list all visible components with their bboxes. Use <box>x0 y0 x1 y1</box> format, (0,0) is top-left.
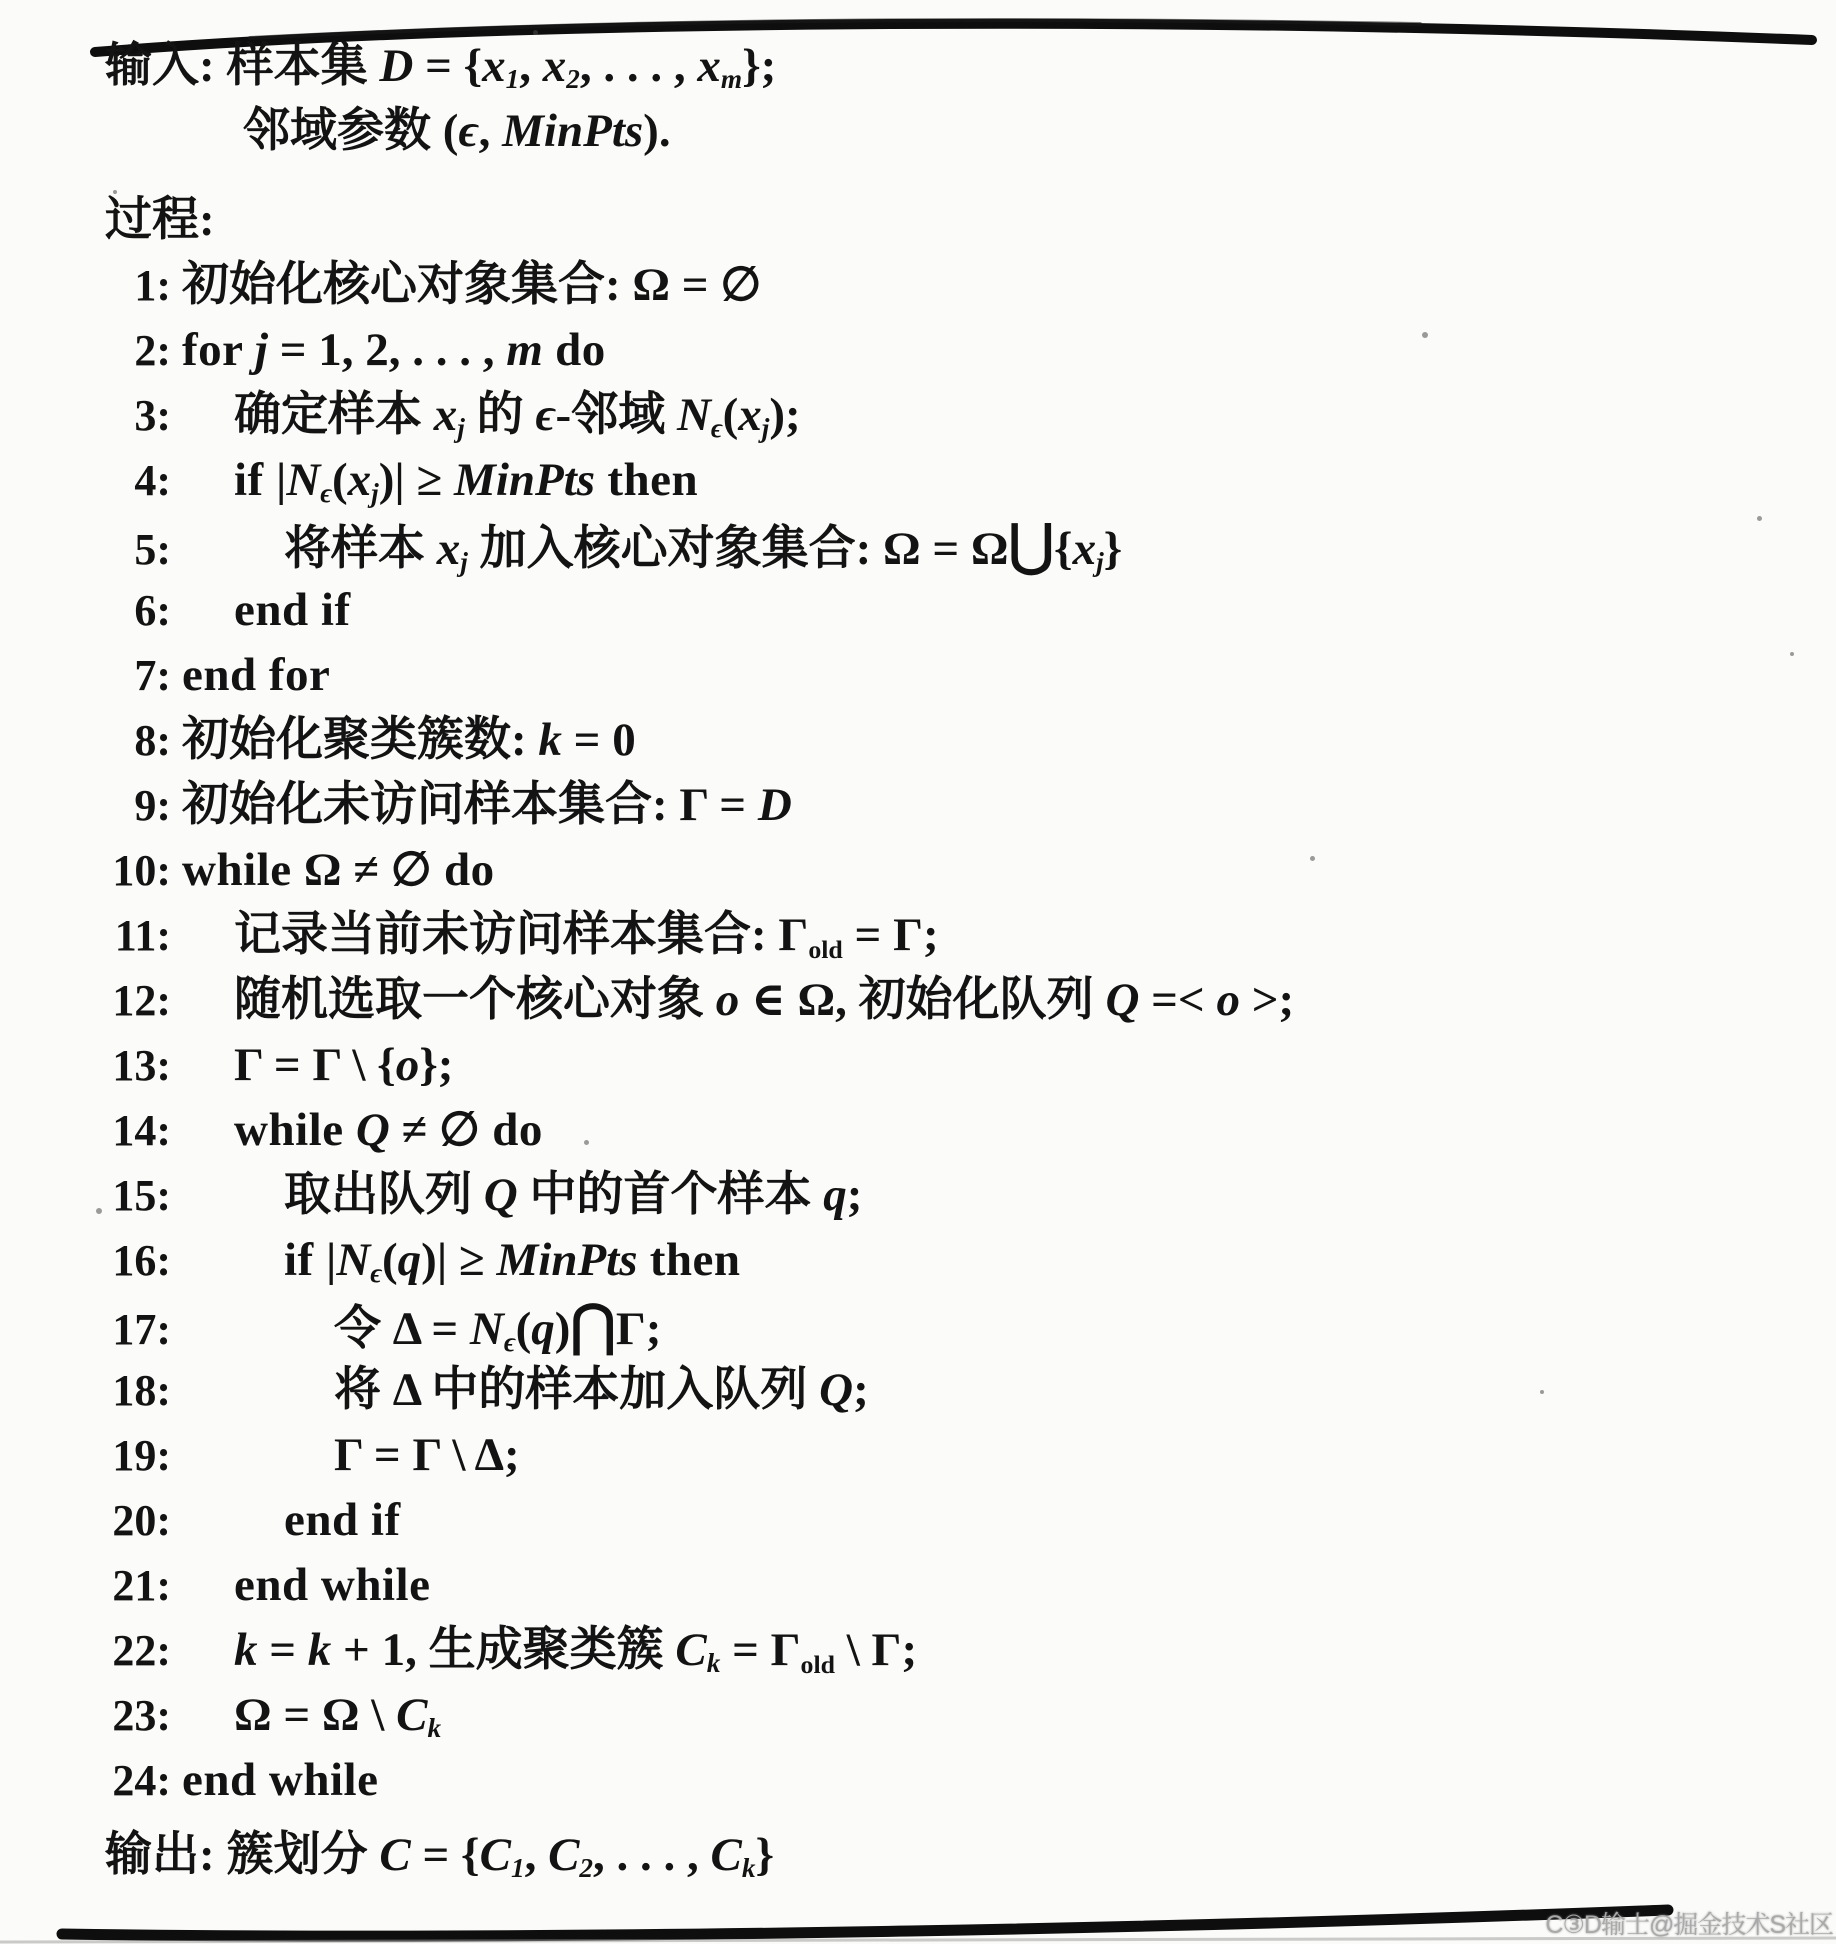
scan-speck <box>96 1208 102 1214</box>
text-segment: o <box>396 1039 420 1091</box>
algo-line: 15:取出队列 Q 中的首个样本 q; <box>105 1163 1826 1228</box>
algo-line: 13:Γ = Γ \ {o}; <box>105 1033 1826 1098</box>
line-content: for j = 1, 2, . . . , m do <box>182 318 606 383</box>
text-segment: ϵ <box>711 413 723 443</box>
text-segment: C <box>548 1829 579 1881</box>
algo-line: 输入:样本集 D = {x1, x2, . . . , xm}; <box>105 34 1826 99</box>
text-segment: then <box>638 1234 741 1286</box>
line-number: 15: <box>105 1163 171 1228</box>
text-segment: m <box>721 64 742 94</box>
line-number: 5: <box>105 517 171 582</box>
text-segment: = 0 <box>562 714 636 766</box>
algo-line: 邻域参数 (ϵ, MinPts). <box>105 99 1826 164</box>
text-segment: 初始化未访问样本集合: Γ = <box>182 779 758 831</box>
text-segment: -邻域 <box>556 389 677 441</box>
text-segment: N <box>470 1303 504 1355</box>
text-segment: 初始化聚类簇数: <box>182 714 538 766</box>
line-content: end while <box>182 1748 378 1813</box>
line-number: 8: <box>105 708 171 773</box>
line-number: 16: <box>105 1228 171 1293</box>
text-segment: 将样本 <box>284 523 437 575</box>
text-segment: do <box>480 1104 543 1156</box>
text-segment: D <box>379 40 413 92</box>
algo-line: 14:while Q ≠ ∅ do <box>105 1098 1826 1163</box>
scan-speck <box>533 30 538 35</box>
line-number: 6: <box>105 578 171 643</box>
text-segment: | <box>276 454 286 506</box>
text-segment: ( <box>332 454 348 506</box>
text-segment: 令 Δ = <box>334 1303 470 1355</box>
algo-line: 12:随机选取一个核心对象 o ∈ Ω, 初始化队列 Q =< o >; <box>105 968 1826 1033</box>
watermark: C③D输士@掘金技术S社区 <box>1545 1905 1833 1941</box>
algo-line: 过程: <box>105 188 1826 253</box>
line-content: 随机选取一个核心对象 o ∈ Ω, 初始化队列 Q =< o >; <box>182 968 1294 1033</box>
text-segment: 加入核心对象集合: Ω = Ω <box>468 523 1009 575</box>
line-number: 23: <box>105 1683 171 1748</box>
line-number: 21: <box>105 1553 171 1618</box>
algo-line: 3:确定样本 xj 的 ϵ-邻域 Nϵ(xj); <box>105 383 1826 448</box>
text-segment: = { <box>411 1829 480 1881</box>
text-segment: , . . . , <box>580 40 698 92</box>
text-segment: C <box>379 1829 410 1881</box>
text-segment: j <box>371 478 379 508</box>
text-segment: = Γ <box>720 1624 800 1676</box>
text-segment: }; <box>742 40 776 92</box>
line-number: 10: <box>105 838 171 903</box>
algo-line: 5:将样本 xj 加入核心对象集合: Ω = Ω⋃{xj} <box>105 513 1826 578</box>
algo-line: 18:将 Δ 中的样本加入队列 Q; <box>105 1358 1826 1423</box>
line-number: 17: <box>105 1297 171 1362</box>
line-number: 11: <box>105 903 171 968</box>
text-segment: >; <box>1240 974 1294 1026</box>
scan-speck <box>1790 652 1794 656</box>
line-content: 取出队列 Q 中的首个样本 q; <box>182 1163 862 1228</box>
text-segment: )| ≥ <box>379 454 454 506</box>
text-segment: x <box>1073 523 1097 575</box>
algo-line: 8:初始化聚类簇数: k = 0 <box>105 708 1826 773</box>
text-segment: } <box>756 1829 775 1881</box>
line-label: 过程: <box>105 188 215 253</box>
text-segment: Q <box>819 1364 853 1416</box>
text-segment: } <box>1104 523 1123 575</box>
line-content: end while <box>182 1553 430 1618</box>
text-segment: ≠ ∅ <box>390 1104 480 1156</box>
text-segment: x <box>434 389 458 441</box>
text-segment: , <box>519 40 543 92</box>
text-segment: end if <box>284 1494 401 1546</box>
text-segment: }; <box>419 1039 453 1091</box>
text-segment: 取出队列 <box>284 1169 484 1221</box>
text-segment: do <box>432 844 495 896</box>
text-segment: , . . . , <box>593 1829 711 1881</box>
scan-speck <box>1422 332 1428 338</box>
text-segment: 簇划分 <box>227 1829 380 1881</box>
text-segment: ⋃ <box>1009 515 1055 576</box>
text-segment: Q <box>1105 974 1139 1026</box>
scan-speck <box>1757 516 1762 521</box>
text-segment: x <box>697 40 721 92</box>
line-number: 20: <box>105 1488 171 1553</box>
scan-speck <box>1310 856 1315 861</box>
text-segment: k <box>742 1853 756 1883</box>
line-content: 簇划分 C = {C1, C2, . . . , Ck} <box>227 1823 774 1901</box>
text-segment: if <box>284 1234 326 1286</box>
text-segment: 1 <box>511 1853 525 1883</box>
algo-line: 16:if |Nϵ(q)| ≥ MinPts then <box>105 1228 1826 1293</box>
line-number: 9: <box>105 773 171 838</box>
text-segment: j <box>1096 547 1104 577</box>
text-segment: j <box>255 324 268 376</box>
text-segment: ). <box>643 105 670 157</box>
text-segment: Q <box>484 1169 518 1221</box>
text-segment: Γ; <box>616 1303 662 1355</box>
text-segment: q <box>398 1234 422 1286</box>
text-segment: k <box>538 714 562 766</box>
line-content: while Q ≠ ∅ do <box>182 1098 543 1163</box>
text-segment: ϵ <box>320 478 332 508</box>
text-segment: j <box>460 547 468 577</box>
text-segment: ; <box>853 1364 869 1416</box>
line-number: 1: <box>105 253 171 318</box>
text-segment: k <box>308 1624 332 1676</box>
text-segment: 样本集 <box>227 40 380 92</box>
scanned-page: 输入:样本集 D = {x1, x2, . . . , xm};邻域参数 (ϵ,… <box>0 0 1836 1944</box>
text-segment: o <box>716 974 740 1026</box>
text-segment: m <box>506 324 543 376</box>
text-segment: C <box>396 1689 427 1741</box>
text-segment: while <box>182 844 304 896</box>
algo-line: 输出:簇划分 C = {C1, C2, . . . , Ck} <box>105 1823 1826 1888</box>
algo-line: 22:k = k + 1, 生成聚类簇 Ck = Γold \ Γ; <box>105 1618 1826 1683</box>
text-segment: 确定样本 <box>234 389 434 441</box>
text-segment: k <box>427 1713 441 1743</box>
text-segment: if <box>234 454 276 506</box>
scan-speck <box>584 1140 589 1145</box>
text-segment: old <box>801 1650 835 1679</box>
line-number: 13: <box>105 1033 171 1098</box>
text-segment: )| ≥ <box>421 1234 496 1286</box>
text-segment: | <box>326 1234 336 1286</box>
text-segment: C <box>675 1624 706 1676</box>
line-content: Γ = Γ \ {o}; <box>182 1033 453 1098</box>
text-segment: while <box>234 1104 356 1156</box>
text-segment: N <box>677 389 711 441</box>
text-segment: \ Γ; <box>835 1624 917 1676</box>
text-segment: ⋂ <box>570 1295 616 1356</box>
text-segment: 随机选取一个核心对象 <box>234 974 716 1026</box>
line-number: 3: <box>105 383 171 448</box>
text-segment: 中的首个样本 <box>518 1169 824 1221</box>
line-content: 初始化聚类簇数: k = 0 <box>182 708 636 773</box>
text-segment: ϵ <box>458 105 478 157</box>
text-segment: MinPts <box>502 105 643 157</box>
text-segment: 2 <box>566 64 580 94</box>
text-segment: MinPts <box>496 1234 637 1286</box>
text-segment: MinPts <box>454 454 595 506</box>
text-segment: ( <box>382 1234 398 1286</box>
algorithm-pseudocode: 输入:样本集 D = {x1, x2, . . . , xm};邻域参数 (ϵ,… <box>105 34 1826 1888</box>
text-segment: end for <box>182 649 330 701</box>
line-content: Γ = Γ \ Δ; <box>182 1423 520 1488</box>
text-segment: x <box>348 454 372 506</box>
text-segment: + 1, 生成聚类簇 <box>331 1624 675 1676</box>
text-segment: C <box>711 1829 742 1881</box>
text-segment: Γ = Γ \ { <box>234 1039 396 1091</box>
text-segment: Q <box>356 1104 390 1156</box>
line-content: end if <box>182 578 351 643</box>
text-segment: q <box>823 1169 847 1221</box>
algo-line: 11:记录当前未访问样本集合: Γold = Γ; <box>105 903 1826 968</box>
text-segment: ϵ <box>535 389 555 441</box>
algo-line: 24:end while <box>105 1748 1826 1813</box>
line-content: end for <box>182 643 330 708</box>
text-segment: ϵ <box>370 1258 382 1288</box>
line-number: 2: <box>105 318 171 383</box>
text-segment: Γ = Γ \ Δ; <box>334 1429 520 1481</box>
text-segment: = Γ; <box>843 909 939 961</box>
text-segment: Ω ≠ ∅ <box>304 844 432 896</box>
text-segment: end while <box>182 1754 378 1806</box>
line-number: 19: <box>105 1423 171 1488</box>
algo-line: 2:for j = 1, 2, . . . , m do <box>105 318 1826 383</box>
text-segment: q <box>531 1303 555 1355</box>
text-segment: { <box>1054 523 1073 575</box>
text-segment: x <box>543 40 567 92</box>
text-segment: Ω = Ω \ <box>234 1689 396 1741</box>
line-number: 18: <box>105 1358 171 1423</box>
algo-line: 9:初始化未访问样本集合: Γ = D <box>105 773 1826 838</box>
text-segment: k <box>234 1624 258 1676</box>
text-segment: , <box>479 105 503 157</box>
text-segment: = { <box>413 40 482 92</box>
text-segment: 的 <box>465 389 536 441</box>
text-segment: x <box>437 523 461 575</box>
line-number: 22: <box>105 1618 171 1683</box>
algo-line: 19:Γ = Γ \ Δ; <box>105 1423 1826 1488</box>
text-segment: ( <box>516 1303 532 1355</box>
text-segment: ) <box>555 1303 571 1355</box>
text-segment: 初始化核心对象集合: Ω = ∅ <box>182 259 761 311</box>
text-segment: N <box>336 1234 370 1286</box>
text-segment: ; <box>847 1169 863 1221</box>
text-segment: j <box>457 413 465 443</box>
text-segment: x <box>738 389 762 441</box>
line-label: 输入: <box>105 34 215 99</box>
text-segment: do <box>543 324 606 376</box>
line-number: 24: <box>105 1748 171 1813</box>
text-segment: ϵ <box>504 1327 516 1357</box>
text-segment: , <box>525 1829 549 1881</box>
scan-speck <box>1540 1390 1544 1394</box>
algo-line: 21:end while <box>105 1553 1826 1618</box>
algo-line: 20:end if <box>105 1488 1826 1553</box>
text-segment: old <box>808 935 842 964</box>
algo-line: 10:while Ω ≠ ∅ do <box>105 838 1826 903</box>
text-segment: ( <box>723 389 739 441</box>
text-segment: N <box>286 454 320 506</box>
line-number: 14: <box>105 1098 171 1163</box>
text-segment: end if <box>234 584 351 636</box>
line-content: 初始化未访问样本集合: Γ = D <box>182 773 792 838</box>
line-number: 7: <box>105 643 171 708</box>
algo-line: 23:Ω = Ω \ Ck <box>105 1683 1826 1748</box>
text-segment: 邻域参数 ( <box>243 105 458 157</box>
text-segment: 将 Δ 中的样本加入队列 <box>334 1364 819 1416</box>
text-segment: k <box>707 1648 721 1678</box>
line-content: end if <box>182 1488 401 1553</box>
text-segment: C <box>480 1829 511 1881</box>
text-segment: then <box>595 454 698 506</box>
text-segment: =< <box>1139 974 1216 1026</box>
algo-line: 4:if |Nϵ(xj)| ≥ MinPts then <box>105 448 1826 513</box>
text-segment: for <box>182 324 255 376</box>
text-segment: 记录当前未访问样本集合: Γ <box>234 909 808 961</box>
algo-line: 17:令 Δ = Nϵ(q)⋂Γ; <box>105 1293 1826 1358</box>
algo-line: 1:初始化核心对象集合: Ω = ∅ <box>105 253 1826 318</box>
scan-speck <box>113 190 117 194</box>
text-segment: o <box>1216 974 1240 1026</box>
line-content: 邻域参数 (ϵ, MinPts). <box>243 99 671 164</box>
line-content: 将 Δ 中的样本加入队列 Q; <box>182 1358 869 1423</box>
line-label: 输出: <box>105 1823 215 1888</box>
text-segment: end while <box>234 1559 430 1611</box>
text-segment: D <box>758 779 792 831</box>
text-segment: 2 <box>579 1853 593 1883</box>
text-segment: = <box>258 1624 308 1676</box>
text-segment: ∈ Ω, 初始化队列 <box>739 974 1105 1026</box>
line-number: 12: <box>105 968 171 1033</box>
text-segment: 1 <box>506 64 520 94</box>
text-segment: x <box>482 40 506 92</box>
text-segment: = 1, 2, . . . , <box>268 324 506 376</box>
algo-line: 7:end for <box>105 643 1826 708</box>
text-segment: ); <box>769 389 800 441</box>
line-content: while Ω ≠ ∅ do <box>182 838 495 903</box>
line-content: 初始化核心对象集合: Ω = ∅ <box>182 253 761 318</box>
line-number: 4: <box>105 448 171 513</box>
